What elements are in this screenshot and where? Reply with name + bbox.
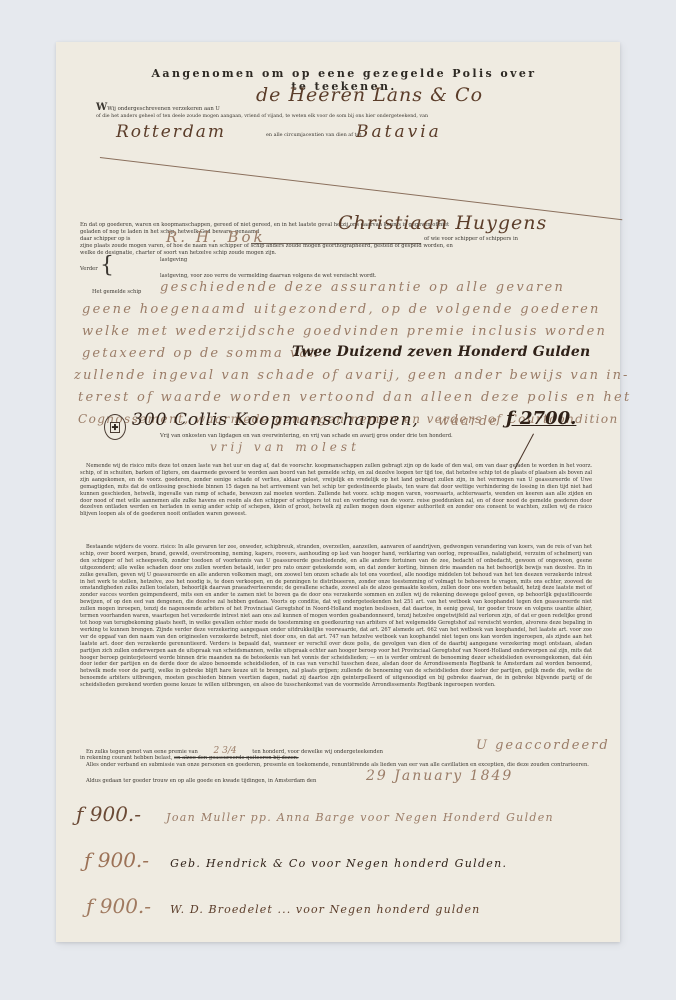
clause-line-2: geene hoegenaamd uitgezonderd, op de vol… [82,302,601,317]
policy-line-2: of die het anders geheel of ten deele zo… [96,114,596,119]
signature-amount: ƒ 900.- [84,848,149,872]
verder-label: Verder [80,266,98,273]
cross-icon: ✚ [110,422,120,433]
signature-row: ƒ 900.- Geb. Hendrick & Co voor Negen ho… [84,848,507,872]
clause-line-3: welke met wederzijdsche goedvinden premi… [82,324,607,339]
premium-struck-text: en alzoo den geassureerde quiteeren bij … [174,755,299,761]
captain-alternate-text: of wie voor schipper of schippers in [424,236,518,243]
free-of-costs-clause: Vrij van onkosten van ligdagen en van ov… [160,433,453,440]
cargo-description: 300 Collis Koopmanschappen, [132,410,419,430]
lastgeving-1: lastgeving [160,257,187,264]
to-port: Batavia [356,122,442,142]
closing-line: Aldus gedaan ter goeder trouw en op alle… [86,778,316,785]
insured-intro-text: Wij ondergeschrevenen verzekeren aan U [107,106,220,112]
insured-intro: WWij ondergeschrevenen verzekeren aan U [96,102,220,113]
route-text: en alle circumjacentien van dien af tot [266,132,361,138]
signing-date: 29 January 1849 [366,768,513,784]
premium-text-c: in rekening courant hebben belast, [80,755,172,761]
goods-line-4: zijne plaats zoude mogen varen, of hoe d… [80,243,590,250]
clause-line-6: terest of waarde worden vertoond dan all… [78,390,632,405]
premium-handwritten: U geaccordeerd [476,738,610,753]
free-of-molest: vrij van molest [210,440,360,454]
captain-label: daar schipper op is [80,236,130,243]
ship-name: Christiaan Huygens [338,212,547,234]
premium-line-2: in rekening courant hebben belast, en al… [80,755,299,762]
submission-clause: Alles onder verband en submissie van onz… [80,762,592,769]
signature-text: Joan Muller pp. Anna Barge voor Negen Ho… [166,811,554,824]
signature-row: ƒ 900.- Joan Muller pp. Anna Barge voor … [76,802,554,826]
cancel-diagonal-line [100,157,622,220]
value-amount: ƒ 2700. [506,408,576,429]
signature-amount: ƒ 900.- [76,802,141,826]
lastgeving-2: lastgeving, voor zoo verre de vermelding… [160,273,377,280]
sum-in-words: Twee Duizend zeven Honderd Gulden [292,344,590,360]
signature-amount: ƒ 900.- [86,894,151,918]
risk-paragraph-1: Nemende wij de risico mits deze tot onze… [80,463,592,518]
brace-icon: { [100,256,114,276]
value-label: waarde [438,414,499,429]
insured-name: de Heeren Lans & Co [256,84,483,106]
signature-row: ƒ 900.- W. D. Broedelet ... voor Negen h… [86,894,480,918]
from-port: Rotterdam [116,122,226,142]
insurance-policy-document: Aangenomen om op eene gezegelde Polis ov… [56,42,620,942]
risk-paragraph-2: Bestaande wijders de voorz. risico: In a… [80,544,592,689]
signature-text: W. D. Broedelet ... voor Negen honderd g… [170,903,480,916]
ship-label: Het gemelde schip [92,289,141,296]
tax-stamp: ✚ [104,414,126,440]
clause-line-5: zullende ingeval van schade of avarij, g… [74,368,630,383]
signature-text: Geb. Hendrick & Co voor Negen honderd Gu… [170,857,507,870]
clause-line-1: geschiedende deze assurantie op alle gev… [160,280,565,295]
clause-line-4: getaxeerd op de somma van [82,346,320,361]
